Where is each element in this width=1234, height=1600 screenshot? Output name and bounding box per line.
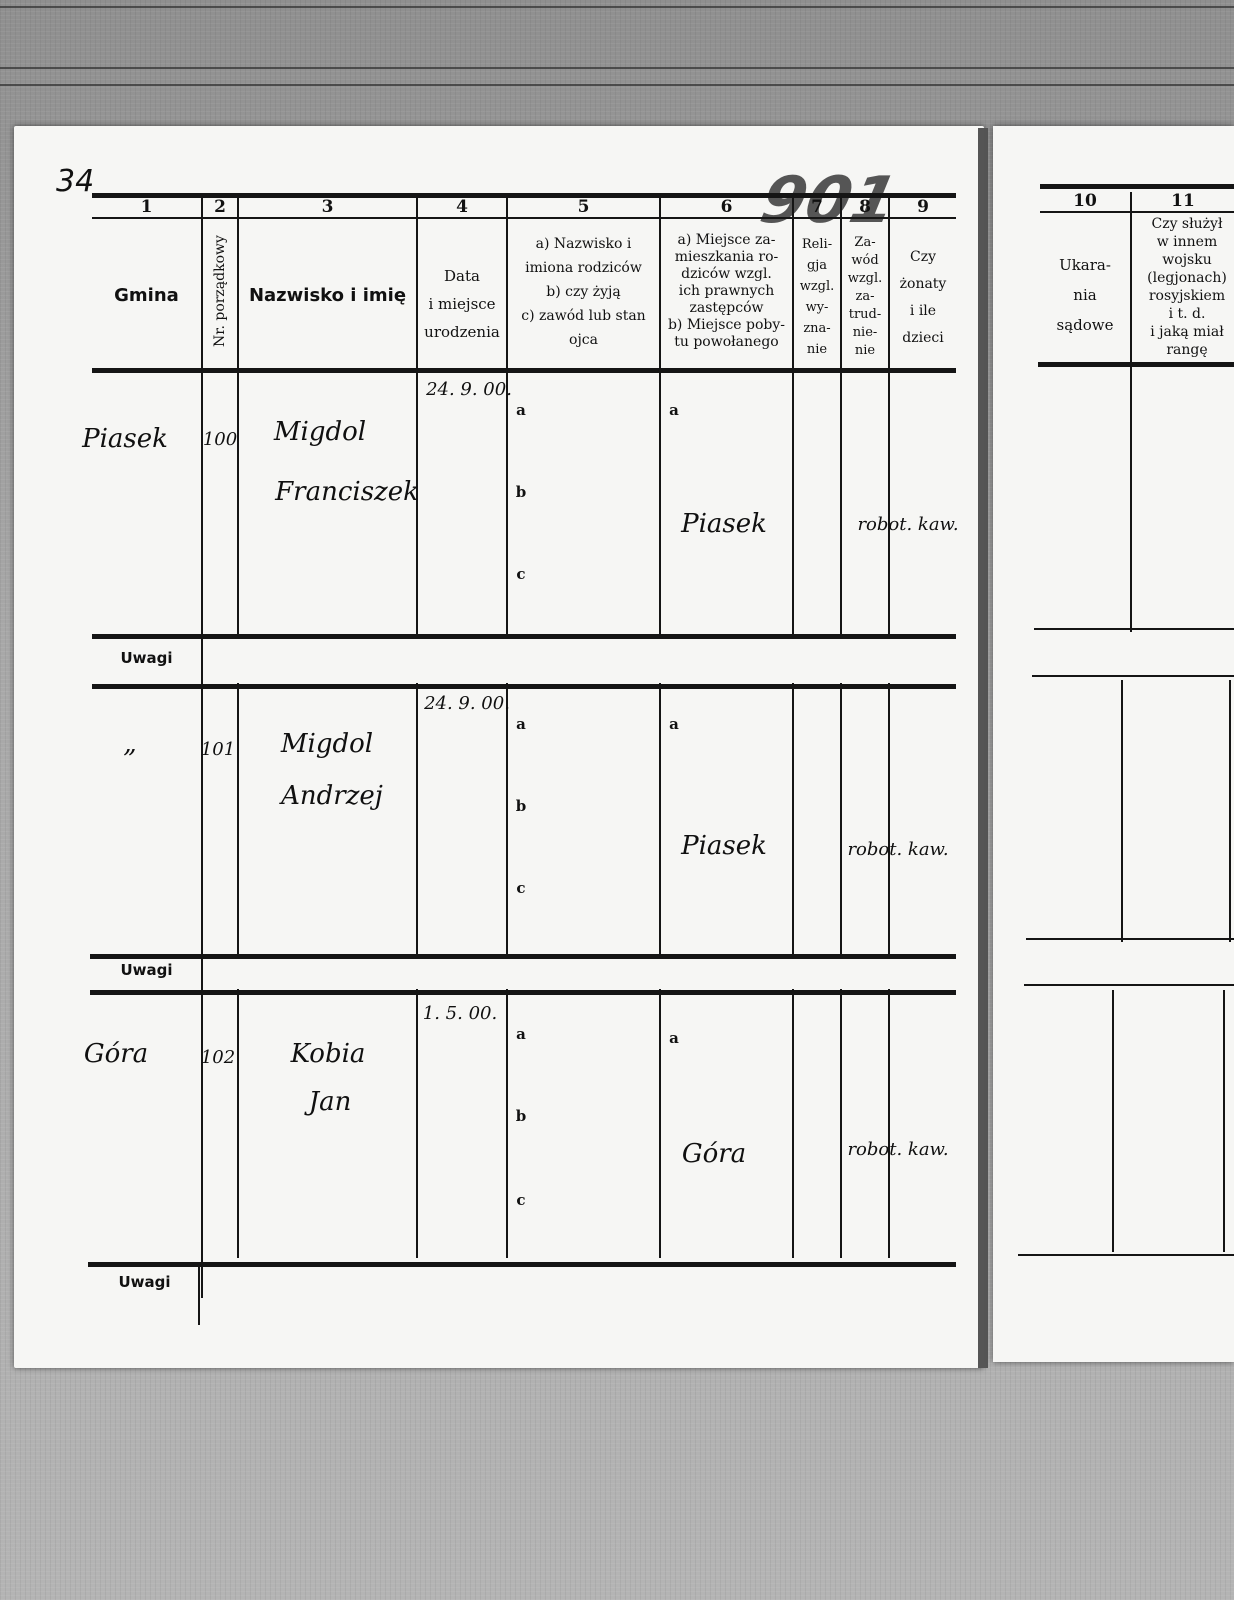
right-header-bottom-rule bbox=[1038, 362, 1234, 367]
entry-3-label-b: b bbox=[514, 1108, 528, 1125]
page-number: 34 bbox=[56, 164, 94, 199]
col-header-birth: Data i miejsce urodzenia bbox=[418, 262, 506, 346]
col-num-6: 6 bbox=[661, 198, 792, 217]
entry-1-label-c: c bbox=[514, 566, 528, 583]
right-col-divider bbox=[1229, 680, 1231, 942]
remarks-cell-2-left bbox=[203, 959, 238, 989]
col-num-2: 2 bbox=[203, 198, 237, 217]
entry-2-given: Andrzej bbox=[262, 782, 402, 811]
entry-1-surname: Migdol bbox=[245, 418, 395, 447]
entry-2-residence-b: Piasek bbox=[664, 832, 784, 861]
right-row-divider bbox=[1032, 675, 1234, 677]
entry-2-label-b: b bbox=[514, 798, 528, 815]
col-num-1: 1 bbox=[92, 198, 201, 217]
col-num-8: 8 bbox=[842, 198, 888, 217]
remarks-label-1: Uwagi bbox=[92, 650, 201, 667]
entry-1-residence-b: Piasek bbox=[664, 510, 784, 539]
col-header-occupation: Za- wód wzgl. za- trud- nie- nie bbox=[842, 234, 888, 360]
col-header-convictions: Ukara- nia sądowe bbox=[1040, 250, 1130, 340]
right-col-divider bbox=[1223, 990, 1225, 1252]
book-spine bbox=[978, 128, 988, 1368]
entry-2-surname: Migdol bbox=[252, 730, 402, 759]
row-divider bbox=[92, 684, 956, 689]
col-header-name: Nazwisko i imię bbox=[239, 286, 416, 306]
entry-2-gmina: „ bbox=[100, 730, 160, 759]
right-row-divider bbox=[1026, 938, 1234, 940]
entry-3-residence-b: Góra bbox=[664, 1140, 764, 1169]
col-num-4: 4 bbox=[418, 198, 506, 217]
right-header-number-rule bbox=[1040, 211, 1234, 213]
remarks-label-3: Uwagi bbox=[90, 1274, 199, 1291]
entry-1-label-a: a bbox=[514, 402, 528, 419]
entry-3-surname: Kobia bbox=[258, 1040, 398, 1069]
entry-2-birth-date: 24. 9. 00. bbox=[412, 694, 522, 714]
header-bottom-rule bbox=[92, 368, 956, 373]
col-num-7: 7 bbox=[794, 198, 840, 217]
entry-3-label-c: c bbox=[514, 1192, 528, 1209]
col-num-9: 9 bbox=[890, 198, 956, 217]
col-header-married: Czy żonaty i ile dzieci bbox=[890, 244, 956, 352]
remarks-cell-1-left bbox=[203, 639, 238, 683]
right-row-divider bbox=[1024, 984, 1234, 986]
col-divider bbox=[237, 198, 239, 1258]
right-col-divider bbox=[1121, 680, 1123, 942]
entry-1-label-b: b bbox=[514, 484, 528, 501]
row-divider bbox=[90, 990, 956, 995]
entry-1-res-label-a: a bbox=[667, 402, 681, 419]
col-divider bbox=[416, 198, 418, 1258]
entry-1-birth-date: 24. 9. 00. bbox=[414, 380, 524, 400]
entry-3-birth-date: 1. 5. 00. bbox=[410, 1004, 510, 1024]
remarks-cell-1 bbox=[238, 639, 954, 683]
entry-2-label-c: c bbox=[514, 880, 528, 897]
background-line bbox=[0, 67, 1234, 69]
right-row-divider bbox=[1034, 628, 1234, 630]
col-header-other-army: Czy służył w innem wojsku (legjonach) ro… bbox=[1132, 215, 1234, 359]
entry-1-given: Franciszek bbox=[262, 478, 432, 507]
remarks-cell-3 bbox=[203, 1267, 956, 1307]
entry-2-nr: 101 bbox=[198, 740, 238, 760]
entry-3-gmina: Góra bbox=[66, 1040, 166, 1069]
col-num-3: 3 bbox=[239, 198, 416, 217]
col-header-residence: a) Miejsce za- mieszkania ro- dziców wzg… bbox=[661, 232, 792, 351]
background-line bbox=[0, 6, 1234, 8]
col-num-5: 5 bbox=[508, 198, 659, 217]
col-header-religion: Reli- gja wzgl. wy- zna- nie bbox=[794, 234, 840, 360]
col-num-10: 10 bbox=[1040, 192, 1130, 211]
entry-1-gmina: Piasek bbox=[60, 425, 190, 454]
remarks-cell-2 bbox=[238, 959, 954, 989]
entry-1-occupation: robot. kaw. bbox=[838, 515, 978, 535]
entry-3-given: Jan bbox=[280, 1088, 380, 1117]
right-header-top-rule bbox=[1040, 184, 1234, 189]
entry-2-label-a: a bbox=[514, 716, 528, 733]
col-divider bbox=[888, 198, 890, 1258]
remarks-label-2: Uwagi bbox=[92, 962, 201, 979]
right-col-divider bbox=[1112, 990, 1114, 1252]
entry-2-occupation: robot. kaw. bbox=[818, 840, 978, 860]
entry-1-nr: 100 bbox=[198, 430, 242, 450]
entry-3-label-a: a bbox=[514, 1026, 528, 1043]
col-num-11: 11 bbox=[1132, 192, 1234, 211]
background-line bbox=[0, 84, 1234, 86]
entry-2-res-label-a: a bbox=[667, 716, 681, 733]
col-header-gmina: Gmina bbox=[92, 286, 201, 306]
right-row-divider bbox=[1018, 1254, 1234, 1256]
col-header-parents: a) Nazwisko i imiona rodziców b) czy żyj… bbox=[508, 232, 659, 352]
entry-3-occupation: robot. kaw. bbox=[818, 1140, 978, 1160]
col-header-nr: Nr. porządkowy bbox=[212, 231, 228, 351]
entry-3-res-label-a: a bbox=[667, 1030, 681, 1047]
header-number-rule bbox=[92, 217, 956, 219]
entry-3-nr: 102 bbox=[196, 1048, 240, 1068]
col-divider bbox=[659, 198, 661, 1258]
col-divider bbox=[506, 198, 508, 1258]
